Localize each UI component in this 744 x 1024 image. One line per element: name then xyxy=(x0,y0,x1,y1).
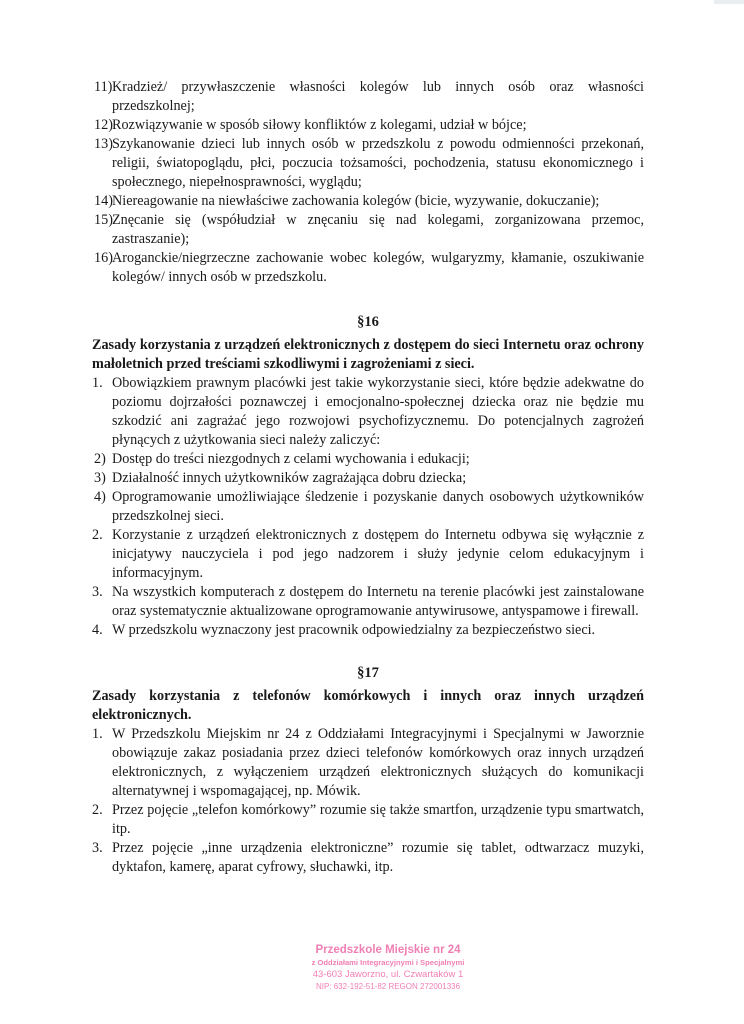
list-item: 3. Na wszystkich komputerach z dostępem … xyxy=(92,583,644,621)
list-item: 11) Kradzież/ przywłaszczenie własności … xyxy=(92,78,644,116)
stamp-subtitle: z Oddziałami Integracyjnymi i Specjalnym… xyxy=(300,957,476,968)
list-item: 1. W Przedszkolu Miejskim nr 24 z Oddzia… xyxy=(92,725,644,801)
item-text: Korzystanie z urządzeń elektronicznych z… xyxy=(92,526,644,583)
item-text: Przez pojęcie „telefon komórkowy” rozumi… xyxy=(92,801,644,839)
list-item: 15) Znęcanie się (współudział w znęcaniu… xyxy=(92,211,644,249)
item-text: Kradzież/ przywłaszczenie własności kole… xyxy=(92,78,644,116)
list-item: 3. Przez pojęcie „inne urządzenia elektr… xyxy=(92,839,644,877)
stamp-ids: NIP: 632-192-51-82 REGON 272001336 xyxy=(300,981,476,992)
list-item: 13) Szykanowanie dzieci lub innych osób … xyxy=(92,135,644,192)
list-item: 12) Rozwiązywanie w sposób siłowy konfli… xyxy=(92,116,644,135)
section-17-list: 1. W Przedszkolu Miejskim nr 24 z Oddzia… xyxy=(92,725,644,877)
list-item: 1. Obowiązkiem prawnym placówki jest tak… xyxy=(92,374,644,450)
item-text: Szykanowanie dzieci lub innych osób w pr… xyxy=(92,135,644,192)
scan-edge-mark xyxy=(714,0,744,4)
item-number: 3) xyxy=(94,469,106,488)
item-text: W Przedszkolu Miejskim nr 24 z Oddziałam… xyxy=(92,725,644,801)
item-text: Dostęp do treści niezgodnych z celami wy… xyxy=(92,450,644,469)
section-title: §16 xyxy=(92,313,644,332)
item-number: 15) xyxy=(94,211,113,230)
list-item: 4. W przedszkolu wyznaczony jest pracown… xyxy=(92,621,644,640)
stamp-address: 43-603 Jaworzno, ul. Czwartaków 1 xyxy=(300,968,476,981)
section-16-list: 1. Obowiązkiem prawnym placówki jest tak… xyxy=(92,374,644,640)
list-item: 4) Oprogramowanie umożliwiające śledzeni… xyxy=(92,488,644,526)
item-number: 4. xyxy=(92,621,103,640)
item-number: 13) xyxy=(94,135,113,154)
item-text: Obowiązkiem prawnym placówki jest takie … xyxy=(92,374,644,450)
item-number: 14) xyxy=(94,192,113,211)
item-number: 3. xyxy=(92,583,103,602)
item-number: 3. xyxy=(92,839,103,858)
item-text: Aroganckie/niegrzeczne zachowanie wobec … xyxy=(92,249,644,287)
item-text: W przedszkolu wyznaczony jest pracownik … xyxy=(92,621,644,640)
list-item: 2. Przez pojęcie „telefon komórkowy” roz… xyxy=(92,801,644,839)
page-content: 11) Kradzież/ przywłaszczenie własności … xyxy=(92,78,644,877)
item-number: 2. xyxy=(92,526,103,545)
item-number: 2) xyxy=(94,450,106,469)
list-item: 2. Korzystanie z urządzeń elektronicznyc… xyxy=(92,526,644,583)
document-page: 11) Kradzież/ przywłaszczenie własności … xyxy=(0,0,744,1024)
institution-stamp: Przedszkole Miejskie nr 24 z Oddziałami … xyxy=(300,944,476,992)
item-number: 12) xyxy=(94,116,113,135)
item-text: Oprogramowanie umożliwiające śledzenie i… xyxy=(92,488,644,526)
item-text: Na wszystkich komputerach z dostępem do … xyxy=(92,583,644,621)
list-item: 14) Niereagowanie na niewłaściwe zachowa… xyxy=(92,192,644,211)
intro-list: 11) Kradzież/ przywłaszczenie własności … xyxy=(92,78,644,287)
item-number: 1. xyxy=(92,725,103,744)
section-title: §17 xyxy=(92,664,644,683)
item-number: 4) xyxy=(94,488,106,507)
list-item: 16) Aroganckie/niegrzeczne zachowanie wo… xyxy=(92,249,644,287)
item-number: 1. xyxy=(92,374,103,393)
item-number: 2. xyxy=(92,801,103,820)
stamp-name: Przedszkole Miejskie nr 24 xyxy=(300,944,476,957)
item-text: Przez pojęcie „inne urządzenia elektroni… xyxy=(92,839,644,877)
item-text: Działalność innych użytkowników zagrażaj… xyxy=(92,469,644,488)
item-text: Niereagowanie na niewłaściwe zachowania … xyxy=(92,192,644,211)
item-number: 16) xyxy=(94,249,113,268)
threats-sublist: 2) Dostęp do treści niezgodnych z celami… xyxy=(92,450,644,526)
item-text: Rozwiązywanie w sposób siłowy konfliktów… xyxy=(92,116,644,135)
item-text: Znęcanie się (współudział w znęcaniu się… xyxy=(92,211,644,249)
list-item: 3) Działalność innych użytkowników zagra… xyxy=(92,469,644,488)
section-heading: Zasady korzystania z telefonów komórkowy… xyxy=(92,687,644,725)
section-heading: Zasady korzystania z urządzeń elektronic… xyxy=(92,336,644,374)
list-item: 2) Dostęp do treści niezgodnych z celami… xyxy=(92,450,644,469)
item-number: 11) xyxy=(94,78,112,97)
